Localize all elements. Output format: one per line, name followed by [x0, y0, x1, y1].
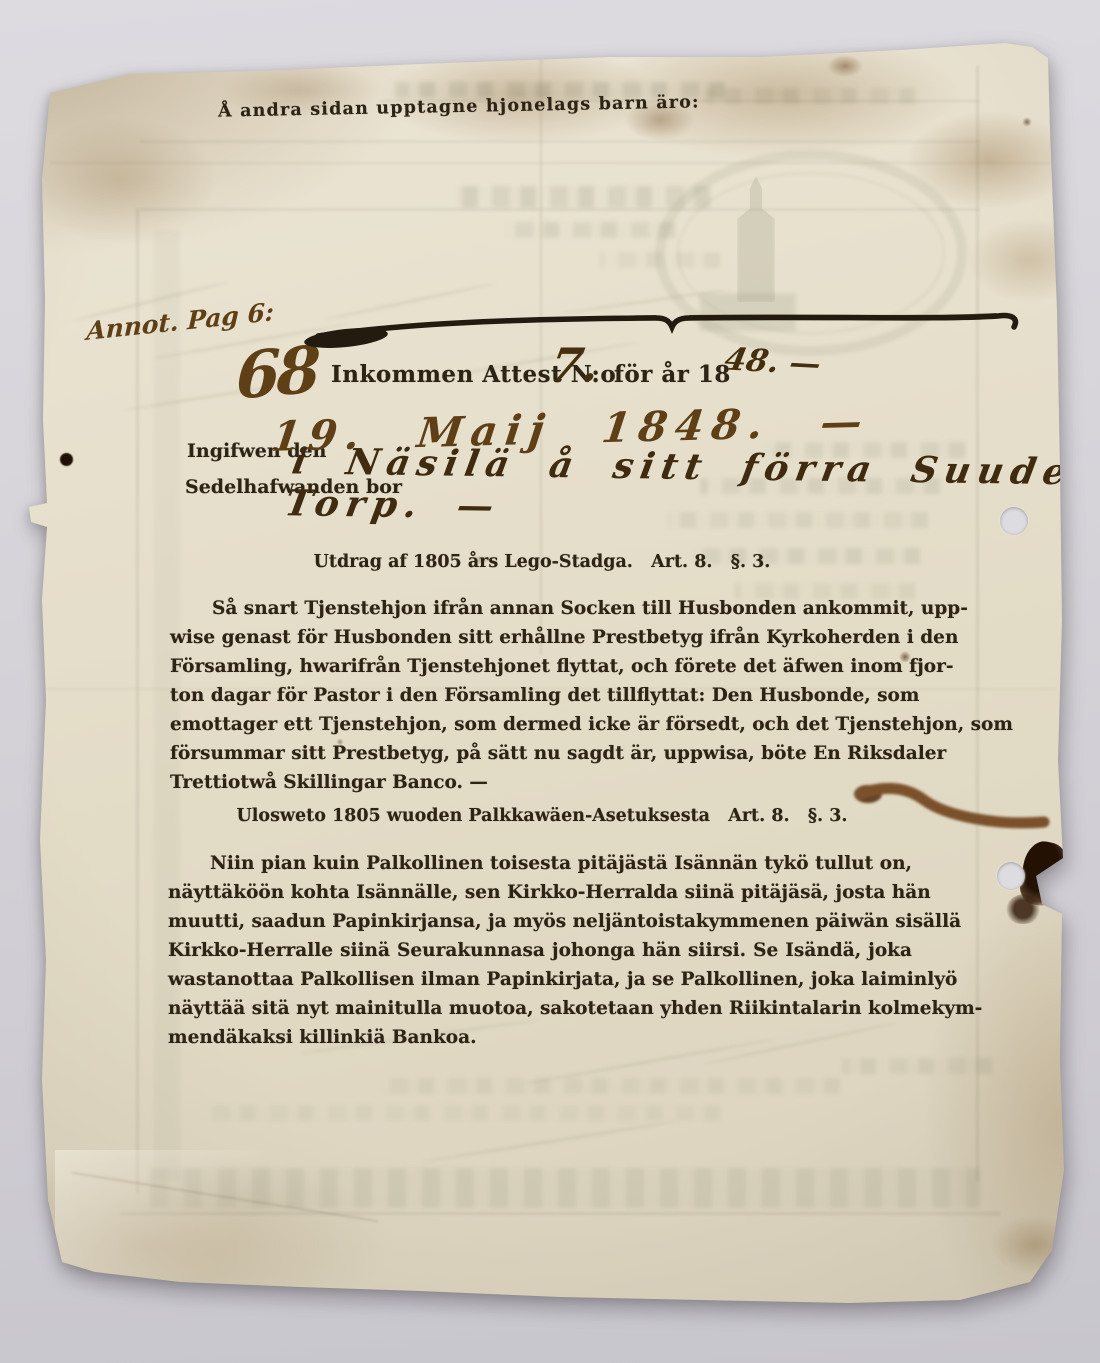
paper-sheet: Å andra sidan upptagne hjonelags barn är…	[0, 0, 1100, 1363]
paper-sheet-wrap: Å andra sidan upptagne hjonelags barn är…	[0, 0, 1100, 1363]
paper-shading	[0, 0, 1100, 1363]
document-photo: Å andra sidan upptagne hjonelags barn är…	[0, 0, 1100, 1363]
